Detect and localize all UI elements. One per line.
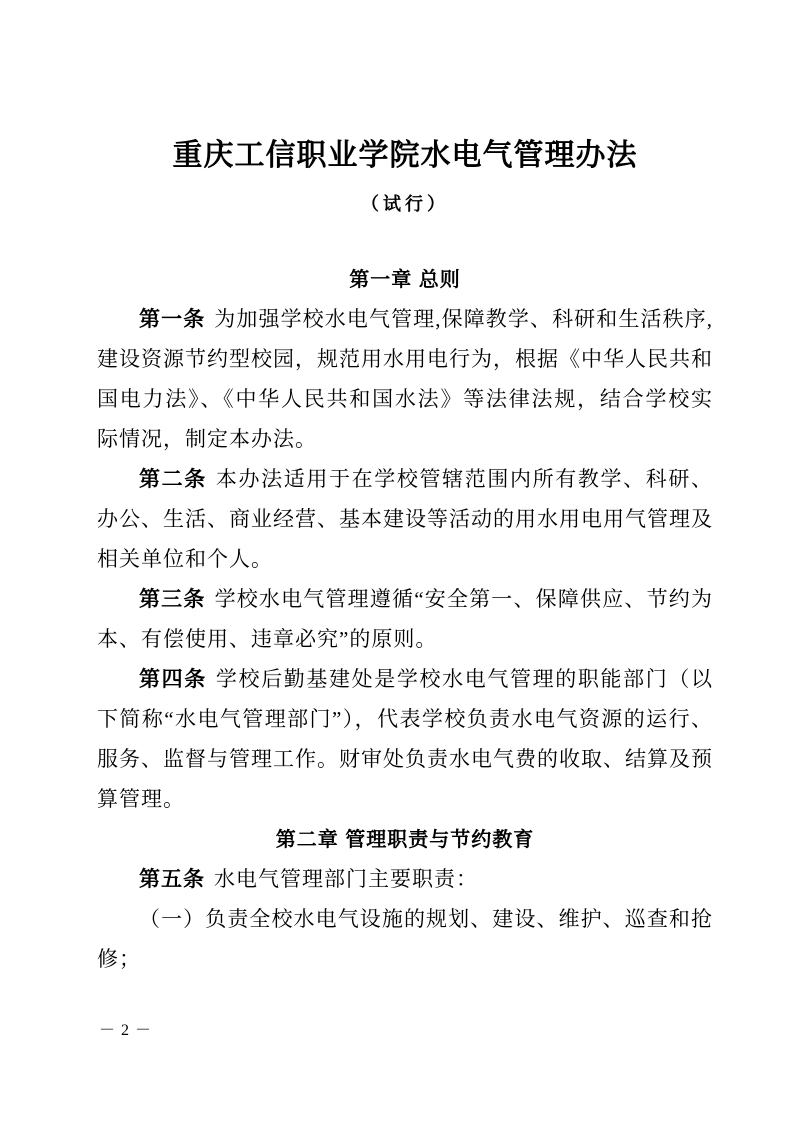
- clause-1-paragraph: （一）负责全校水电气设施的规划、建设、维护、巡查和抢修；: [97, 899, 713, 979]
- article-2-label: 第二条: [139, 467, 207, 491]
- article-5-paragraph: 第五条水电气管理部门主要职责：: [97, 859, 713, 899]
- page-number: － 2 －: [99, 1020, 152, 1042]
- document-subtitle: （试行）: [97, 191, 713, 217]
- article-2-paragraph: 第二条本办法适用于在学校管辖范围内所有教学、科研、办公、生活、商业经营、基本建设…: [97, 459, 713, 579]
- document-page: 重庆工信职业学院水电气管理办法 （试行） 第一章 总则 第一条为加强学校水电气管…: [0, 0, 793, 1122]
- chapter-2-heading: 第二章 管理职责与节约教育: [97, 827, 713, 853]
- clause-1-text: （一）负责全校水电气设施的规划、建设、维护、巡查和抢修；: [97, 907, 713, 971]
- article-1-paragraph: 第一条为加强学校水电气管理,保障教学、科研和生活秩序,建设资源节约型校园，规范用…: [97, 299, 713, 459]
- article-4-label: 第四条: [139, 667, 207, 691]
- article-1-label: 第一条: [139, 307, 205, 331]
- document-content: 重庆工信职业学院水电气管理办法 （试行） 第一章 总则 第一条为加强学校水电气管…: [97, 0, 713, 979]
- article-3-paragraph: 第三条学校水电气管理遵循“安全第一、保障供应、节约为本、有偿使用、违章必究”的原…: [97, 579, 713, 659]
- chapter-1-heading: 第一章 总则: [97, 267, 713, 293]
- article-5-label: 第五条: [139, 867, 205, 891]
- article-5-text: 水电气管理部门主要职责：: [214, 867, 478, 891]
- article-3-label: 第三条: [139, 587, 206, 611]
- article-4-paragraph: 第四条学校后勤基建处是学校水电气管理的职能部门（以下简称“水电气管理部门”），代…: [97, 659, 713, 819]
- document-title: 重庆工信职业学院水电气管理办法: [97, 138, 713, 174]
